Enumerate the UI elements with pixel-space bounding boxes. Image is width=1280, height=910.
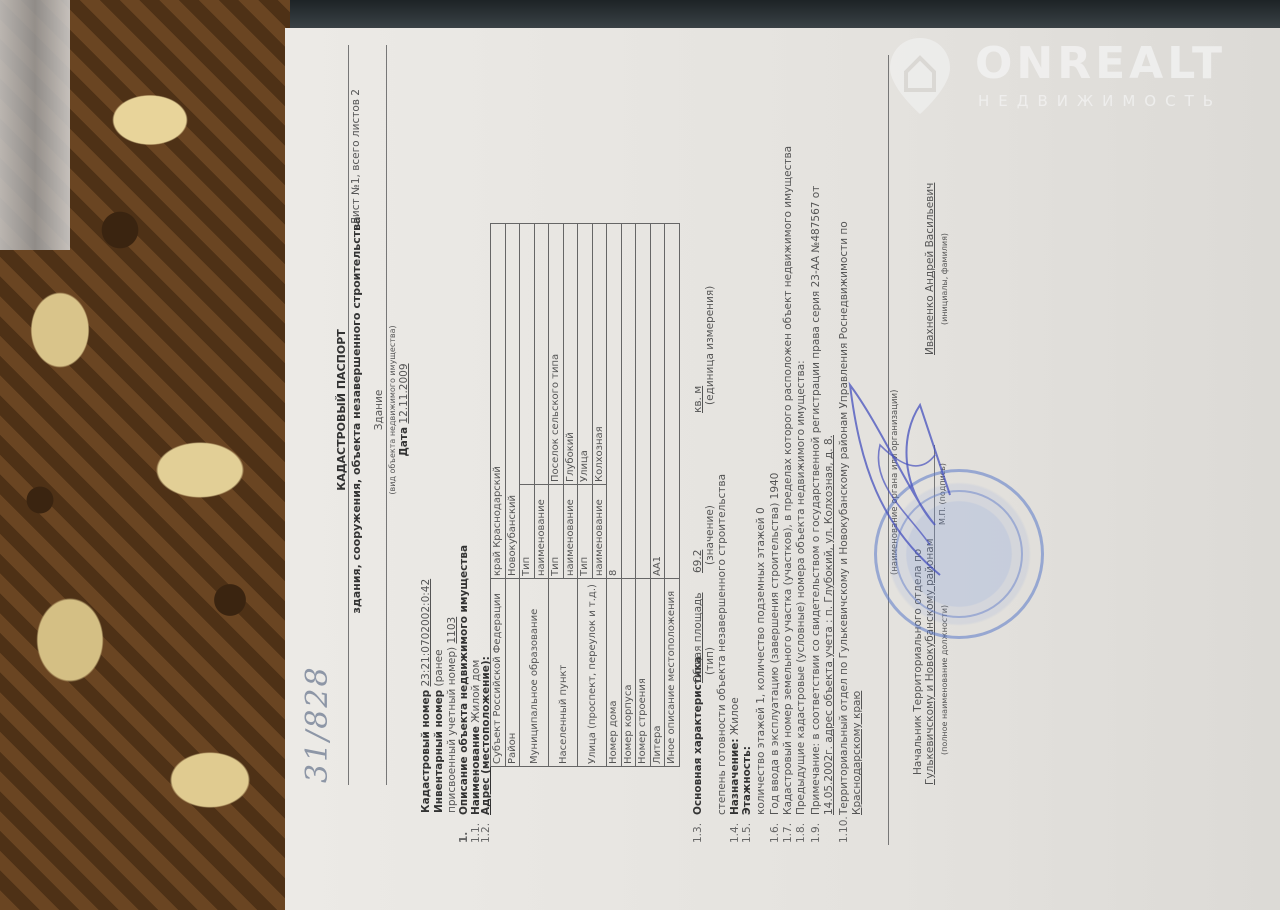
item-1-9-line2: 14.05.2002г. адрес объекта учета : п. Гл…	[823, 435, 835, 815]
address-table: Субъект Российской Федерациикрай Краснод…	[490, 223, 680, 767]
address-label: Номер строения	[636, 579, 651, 767]
address-subfield: Тип	[578, 485, 593, 579]
address-value: Поселок сельского типа	[549, 224, 564, 485]
address-row: ЛитераАА1	[650, 224, 665, 767]
inventory-number-line2: присвоенный учетный номер) 1103	[446, 617, 458, 813]
item-1-3: 1.3.Основная характеристикаОбщая площадь…	[692, 386, 704, 843]
item-1-5: 1.5.Этажность:	[741, 746, 753, 843]
watermark-tagline: НЕДВИЖИМОСТЬ	[978, 92, 1222, 110]
map-pin-house-icon	[888, 36, 952, 116]
item-1-7: 1.7.Кадастровый номер земельного участка…	[782, 146, 794, 843]
address-subfield: Тип	[520, 485, 535, 579]
divider	[386, 45, 387, 785]
address-value: край Краснодарский	[491, 224, 506, 579]
handwritten-number: 31/828	[300, 665, 335, 783]
item-1-10-line2: Краснодарскому краю	[851, 691, 863, 815]
address-value	[520, 224, 535, 485]
item-1-8: 1.8.Предыдущие кадастровые (условные) но…	[795, 360, 807, 843]
address-row: Номер строения	[636, 224, 651, 767]
address-value: АА1	[650, 224, 665, 579]
cadastral-passport: 31/828 КАДАСТРОВЫЙ ПАСПОРТ здания, соору…	[300, 15, 940, 875]
signer-caption: (инициалы, фамилия)	[940, 233, 949, 325]
date-value: 12.11.2009	[398, 363, 410, 423]
address-value: Улица	[578, 224, 593, 485]
section-1: 1.Описание объекта недвижимого имущества	[458, 545, 470, 843]
inventory-number: Инвентарный номер (ранее	[433, 649, 445, 813]
address-subfield: наименование	[534, 485, 549, 579]
address-label: Литера	[650, 579, 665, 767]
document-title: КАДАСТРОВЫЙ ПАСПОРТ	[335, 245, 348, 575]
address-row: Населенный пунктТипПоселок сельского тип…	[549, 224, 564, 767]
floors: количество этажей 1, количество подземны…	[755, 507, 767, 815]
address-value	[534, 224, 549, 485]
char-captions: (тип)(значение)(единица измерения)	[704, 286, 716, 675]
address-row: Улица (проспект, переулок и т.д.)ТипУлиц…	[578, 224, 593, 767]
signature-mark	[840, 365, 960, 585]
address-label: Субъект Российской Федерации	[491, 579, 506, 767]
item-1-6: 1.6.Год ввода в эксплуатацию (завершения…	[769, 473, 781, 843]
divider	[348, 45, 349, 785]
item-1-4: 1.4.Назначение: Жилое	[729, 697, 741, 843]
plastic-sleeve	[0, 0, 70, 250]
object-type: Здание	[373, 245, 385, 575]
address-value: Глубокий	[563, 224, 578, 485]
address-label: Район	[505, 579, 520, 767]
address-value	[665, 224, 680, 579]
onrealt-watermark: ONREALT НЕДВИЖИМОСТЬ	[880, 30, 1260, 120]
address-label: Номер дома	[607, 579, 622, 767]
address-row: Номер корпуса	[621, 224, 636, 767]
address-value: Колхозная	[592, 224, 607, 485]
address-value: Новокубанский	[505, 224, 520, 579]
address-label: Номер корпуса	[621, 579, 636, 767]
address-subfield: наименование	[592, 485, 607, 579]
address-label: Улица (проспект, переулок и т.д.)	[578, 579, 607, 767]
address-row: РайонНовокубанский	[505, 224, 520, 767]
object-type-caption: (вид объекта недвижимого имущества)	[388, 245, 397, 575]
address-row: Номер дома8	[607, 224, 622, 767]
address-row: Субъект Российской Федерациикрай Краснод…	[491, 224, 506, 767]
address-label: Иное описание местоположения	[665, 579, 680, 767]
address-row: Иное описание местоположения	[665, 224, 680, 767]
signer-name: Ивахненко Андрей Васильевич	[924, 183, 936, 355]
sheet-info: Лист №1, всего листов 2	[350, 89, 362, 225]
document-subtitle: здания, сооружения, объекта незавершенно…	[350, 195, 363, 635]
address-label: Муниципальное образование	[520, 579, 549, 767]
readiness: степень готовности объекта незавершенног…	[716, 474, 728, 815]
document-date: Дата 12.11.2009	[398, 245, 410, 575]
address-row: Муниципальное образованиеТип	[520, 224, 535, 767]
item-1-9: 1.9.Примечание: в соответствии со свидет…	[810, 186, 822, 843]
address-subfield: Тип	[549, 485, 564, 579]
address-value: 8	[607, 224, 622, 579]
watermark-brand: ONREALT	[975, 38, 1226, 89]
address-label: Населенный пункт	[549, 579, 578, 767]
address-value	[621, 224, 636, 579]
cadastral-number: Кадастровый номер 23:21:0702002:0:42	[420, 579, 432, 813]
address-value	[636, 224, 651, 579]
address-subfield: наименование	[563, 485, 578, 579]
